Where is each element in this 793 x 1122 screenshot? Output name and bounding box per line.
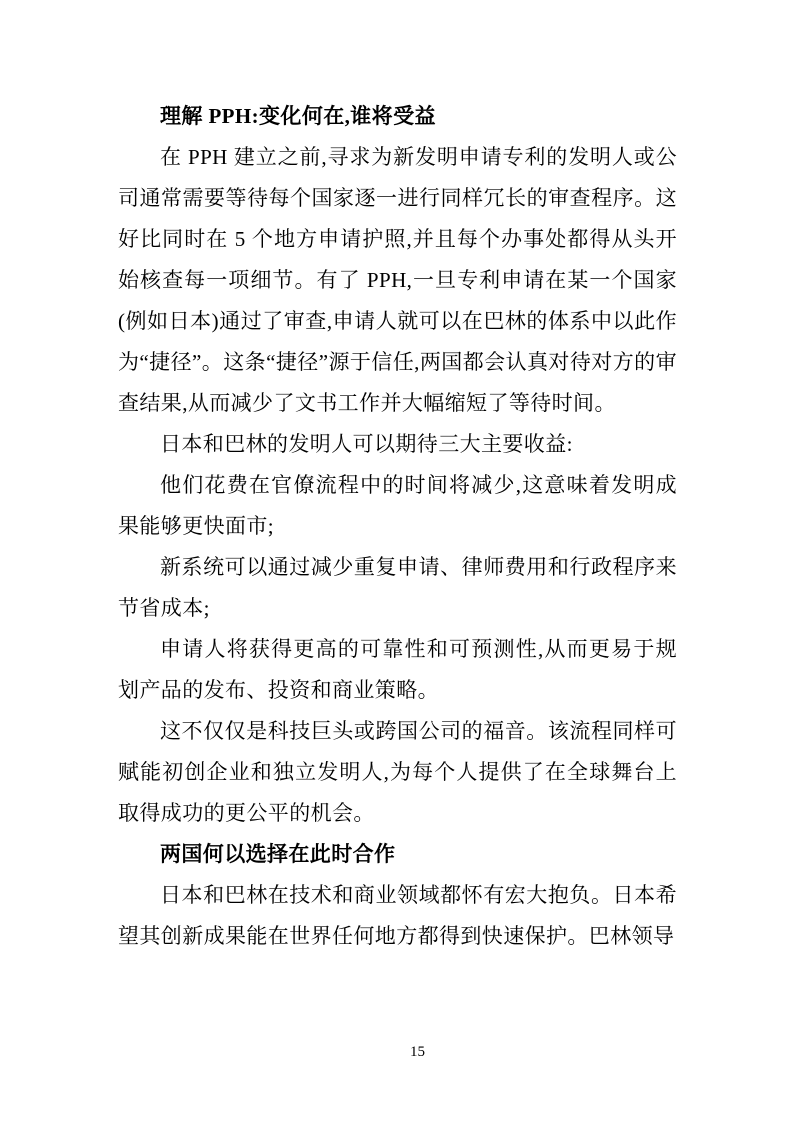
paragraph-startups-empowerment: 这不仅仅是科技巨头或跨国公司的福音。该流程同样可赋能初创企业和独立发明人,为每个… (118, 711, 677, 834)
paragraph-benefit-reliability: 申请人将获得更高的可靠性和可预测性,从而更易于规划产品的发布、投资和商业策略。 (118, 629, 677, 711)
paragraph-benefit-time: 他们花费在官僚流程中的时间将减少,这意味着发明成果能够更快面市; (118, 465, 677, 547)
document-page: 理解 PPH:变化何在,谁将受益 在 PPH 建立之前,寻求为新发明申请专利的发… (0, 0, 793, 1122)
heading-why-cooperate-now: 两国何以选择在此时合作 (118, 834, 677, 875)
paragraph-benefit-cost: 新系统可以通过减少重复申请、律师费用和行政程序来节省成本; (118, 547, 677, 629)
paragraph-benefits-intro: 日本和巴林的发明人可以期待三大主要收益: (118, 424, 677, 465)
paragraph-country-ambitions: 日本和巴林在技术和商业领域都怀有宏大抱负。日本希望其创新成果能在世界任何地方都得… (118, 875, 677, 957)
page-footer: 15 (0, 1042, 793, 1062)
heading-understand-pph: 理解 PPH:变化何在,谁将受益 (118, 96, 677, 137)
page-number: 15 (410, 1044, 425, 1060)
page-content: 理解 PPH:变化何在,谁将受益 在 PPH 建立之前,寻求为新发明申请专利的发… (118, 96, 677, 957)
paragraph-pph-background: 在 PPH 建立之前,寻求为新发明申请专利的发明人或公司通常需要等待每个国家逐一… (118, 137, 677, 424)
